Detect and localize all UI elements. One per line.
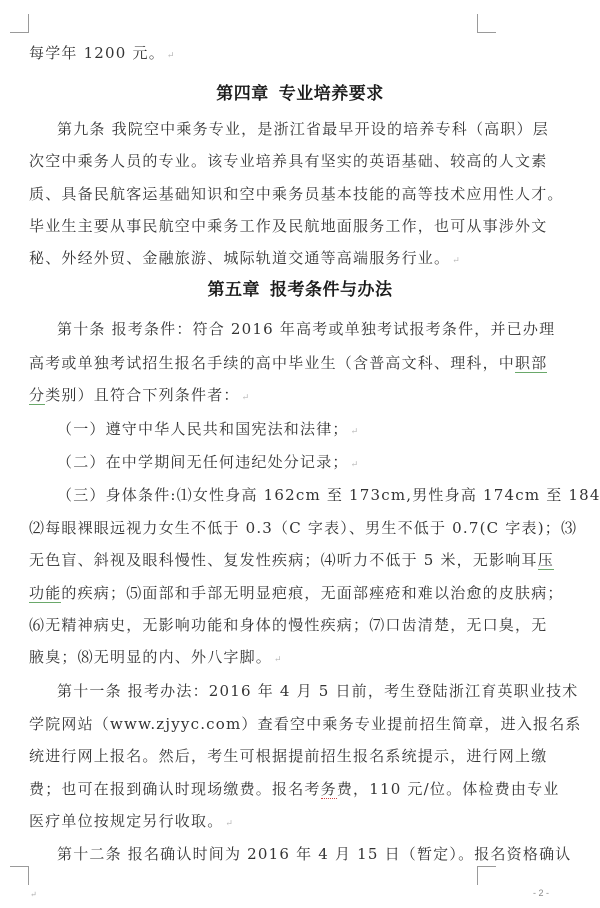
article-9-line: 秘、外经外贸、金融旅游、城际轨道交通等高端服务行业。↵ xyxy=(29,247,477,272)
article-9-line: 次空中乘务人员的专业。该专业培养具有坚实的英语基础、较高的人文素 xyxy=(29,150,477,172)
text-line: 每学年 1200 元。↵ xyxy=(29,42,477,67)
grammar-underline: 职部 xyxy=(515,354,547,373)
article-9-line: 质、具备民航客运基础知识和空中乘务员基本技能的高等技术应用性人才。 xyxy=(29,183,477,205)
paragraph-mark: ↵ xyxy=(30,890,37,899)
condition-3-line: （三）身体条件:⑴女性身高 162cm 至 173cm,男性身高 174cm 至… xyxy=(57,484,477,506)
document-page: 每学年 1200 元。↵ 第四章专业培养要求 第九条 我院空中乘务专业，是浙江省… xyxy=(0,0,600,908)
crop-mark-top-left xyxy=(10,14,29,33)
spelling-underline: 务 xyxy=(321,780,337,799)
article-10-line: 分类别）且符合下列条件者：↵ xyxy=(29,384,477,409)
crop-mark-bottom-right xyxy=(477,866,496,885)
condition-3-line: 无色盲、斜视及眼科慢性、复发性疾病；⑷听力不低于 5 米，无影响耳压 xyxy=(29,549,477,571)
grammar-underline: 功能 xyxy=(29,584,61,603)
article-11-line: 学院网站（www.zjyyc.com）查看空中乘务专业提前招生简章，进入报名系 xyxy=(29,713,477,735)
condition-1: （一）遵守中华人民共和国宪法和法律；↵ xyxy=(57,418,477,443)
condition-3-line: ⑵每眼裸眼远视力女生不低于 0.3（C 字表）、男生不低于 0.7(C 字表)；… xyxy=(29,517,477,539)
article-9-line: 第九条 我院空中乘务专业，是浙江省最早开设的培养专科（高职）层 xyxy=(57,118,477,140)
article-12-line: 第十二条 报名确认时间为 2016 年 4 月 15 日（暂定）。报名资格确认 xyxy=(57,843,477,865)
crop-mark-top-right xyxy=(477,14,496,33)
article-10-line: 第十条 报考条件：符合 2016 年高考或单独考试报考条件，并已办理 xyxy=(57,318,477,340)
condition-3-line: ⑹无精神病史，无影响功能和身体的慢性疾病；⑺口齿清楚，无口臭，无 xyxy=(29,614,477,636)
grammar-underline: 分 xyxy=(29,386,45,405)
condition-3-line: 功能的疾病；⑸面部和手部无明显疤痕，无面部痤疮和难以治愈的皮肤病； xyxy=(29,582,477,604)
grammar-underline: 压 xyxy=(538,551,554,570)
article-11-line: 医疗单位按规定另行收取。↵ xyxy=(29,810,477,835)
article-10-line: 高考或单独考试招生报名手续的高中毕业生（含普高文科、理科，中职部 xyxy=(29,352,477,374)
article-11-line: 第十一条 报考办法：2016 年 4 月 5 日前，考生登陆浙江育英职业技术 xyxy=(57,680,477,702)
article-11-line: 统进行网上报名。然后，考生可根据提前招生报名系统提示，进行网上缴 xyxy=(29,745,477,767)
condition-2: （二）在中学期间无任何违纪处分记录；↵ xyxy=(57,451,477,476)
condition-3-line: 腋臭；⑻无明显的内、外八字脚。↵ xyxy=(29,646,477,671)
article-9-line: 毕业生主要从事民航空中乘务工作及民航地面服务工作，也可从事涉外文 xyxy=(29,215,477,237)
page-number: - 2 - xyxy=(533,888,549,898)
crop-mark-bottom-left xyxy=(10,866,29,885)
article-11-line: 费；也可在报到确认时现场缴费。报名考务费，110 元/位。体检费由专业 xyxy=(29,778,477,800)
chapter-5-heading: 第五章报考条件与办法 xyxy=(0,278,600,302)
chapter-4-heading: 第四章专业培养要求 xyxy=(0,82,600,106)
